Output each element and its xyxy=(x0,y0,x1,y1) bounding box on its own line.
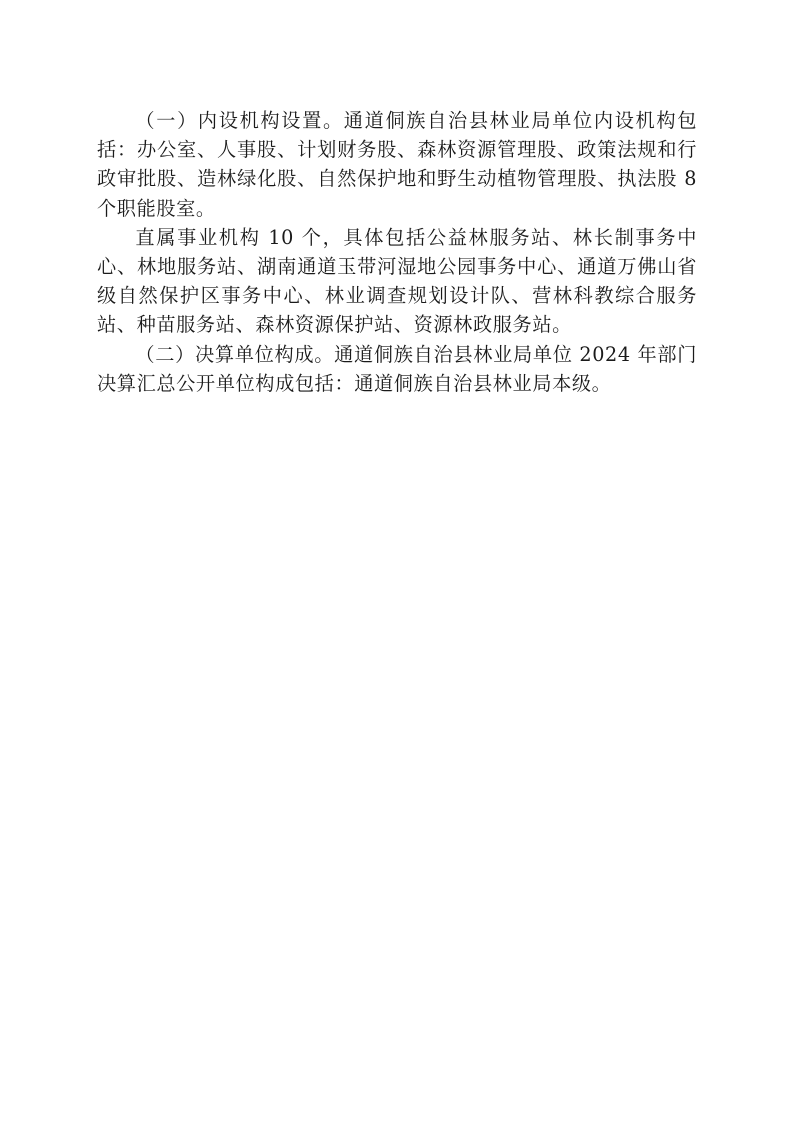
paragraph-final-accounts-units: （二）决算单位构成。通道侗族自治县林业局单位 2024 年部门决算汇总公开单位构… xyxy=(97,340,697,398)
document-page: （一）内设机构设置。通道侗族自治县林业局单位内设机构包括：办公室、人事股、计划财… xyxy=(97,106,697,398)
paragraph-affiliated-institutions: 直属事业机构 10 个，具体包括公益林服务站、林长制事务中心、林地服务站、湖南通… xyxy=(97,223,697,340)
paragraph-internal-structure: （一）内设机构设置。通道侗族自治县林业局单位内设机构包括：办公室、人事股、计划财… xyxy=(97,106,697,223)
